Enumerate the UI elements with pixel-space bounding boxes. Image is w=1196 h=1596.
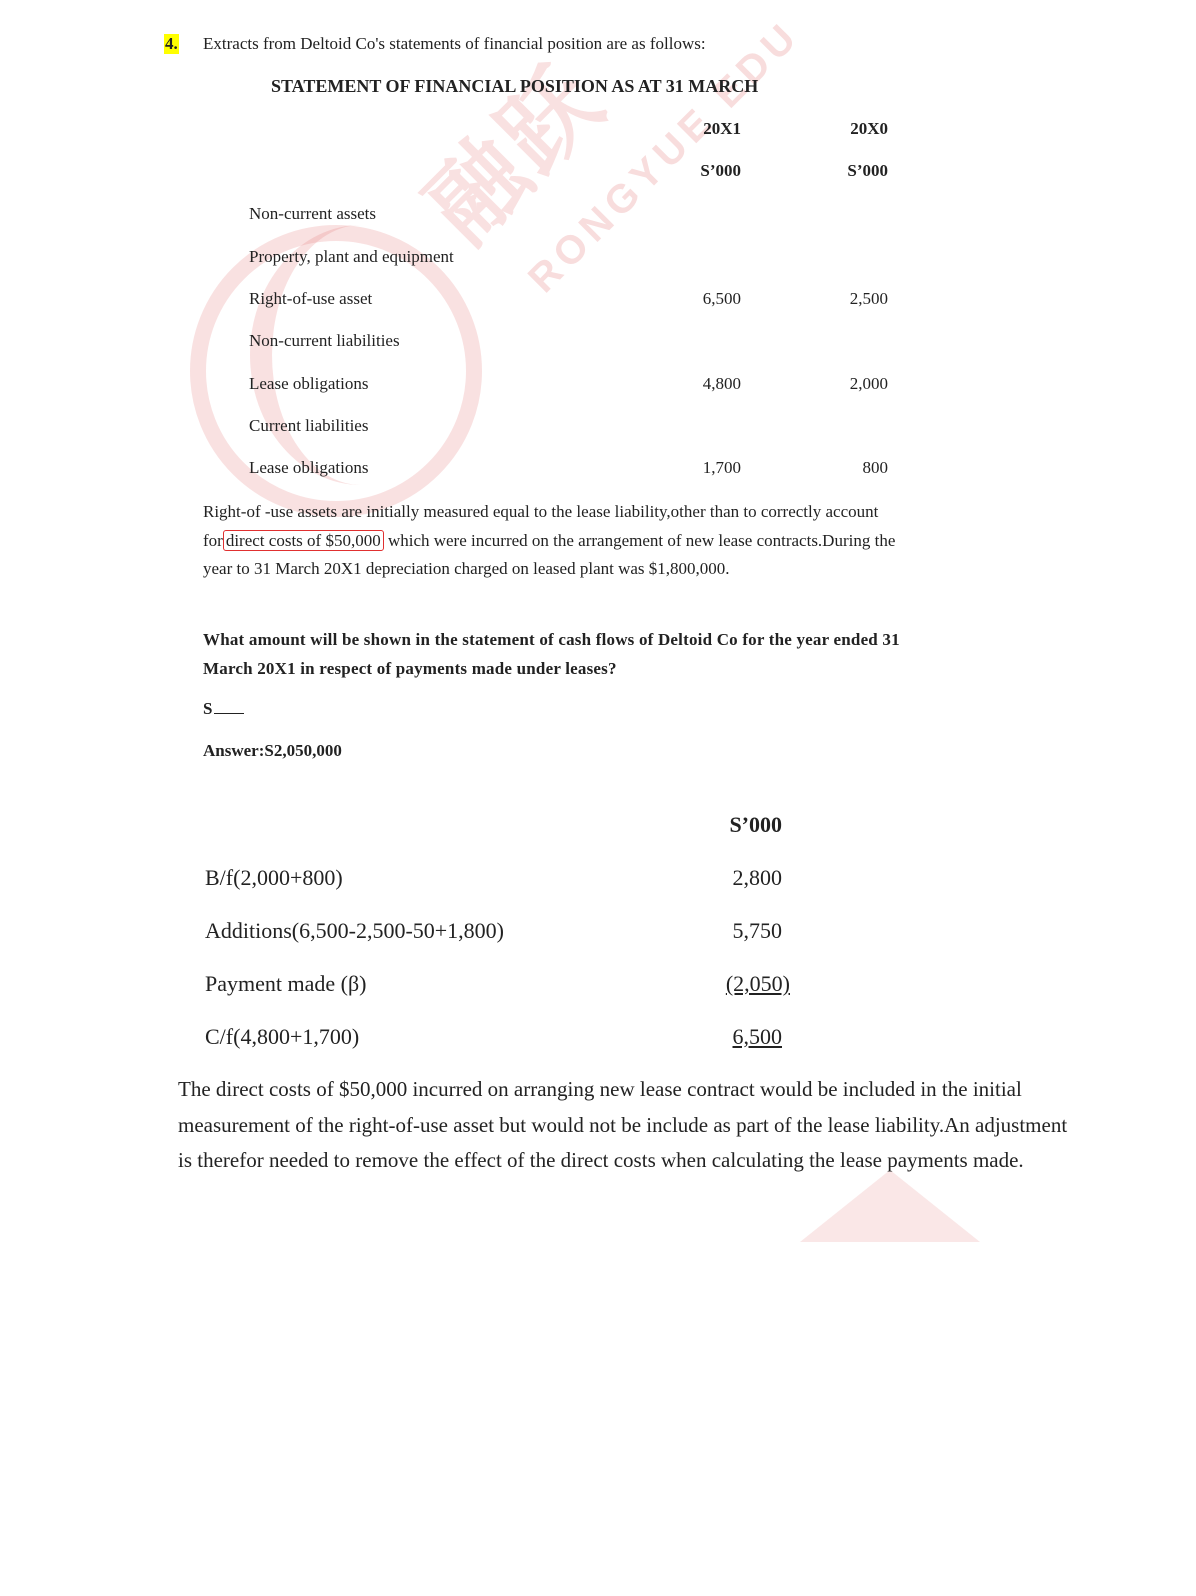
column-unit-20x0: S’000 <box>808 161 888 181</box>
row-label: Lease obligations <box>249 374 368 394</box>
row-value-20x0: 2,000 <box>808 374 888 394</box>
row-value-20x0: 800 <box>808 458 888 478</box>
blank-line <box>214 713 244 714</box>
working-row-value: 6,500 <box>682 1024 782 1050</box>
question-number: 4. <box>164 34 179 54</box>
explanation-paragraph: The direct costs of $50,000 incurred on … <box>178 1072 1078 1179</box>
row-value-20x1: 6,500 <box>661 289 741 309</box>
watermark-text: RONGYUE EDU <box>520 13 809 302</box>
answer-blank: S <box>203 699 244 719</box>
blank-prefix: S <box>203 699 212 718</box>
question-narrative: Right-of -use assets are initially measu… <box>203 498 923 584</box>
working-row-label: C/f(4,800+1,700) <box>205 1024 359 1050</box>
working-unit-header: S’000 <box>682 812 782 838</box>
row-label: Property, plant and equipment <box>249 247 454 267</box>
column-year-20x1: 20X1 <box>661 119 741 139</box>
row-label: Non-current assets <box>249 204 376 224</box>
answer-text: Answer:S2,050,000 <box>203 741 342 761</box>
row-label: Right-of-use asset <box>249 289 372 309</box>
column-unit-20x1: S’000 <box>661 161 741 181</box>
row-label: Non-current liabilities <box>249 331 400 351</box>
question-prompt: What amount will be shown in the stateme… <box>203 626 933 683</box>
row-value-20x0: 2,500 <box>808 289 888 309</box>
row-label: Lease obligations <box>249 458 368 478</box>
working-row-label: Additions(6,500-2,500-50+1,800) <box>205 918 504 944</box>
working-row-value: (2,050) <box>690 971 790 997</box>
working-row-label: Payment made (β) <box>205 971 366 997</box>
working-row-value: 2,800 <box>682 865 782 891</box>
row-label: Current liabilities <box>249 416 368 436</box>
watermark-logo-fragment <box>800 1170 980 1242</box>
highlighted-direct-costs: direct costs of $50,000 <box>223 530 384 551</box>
column-year-20x0: 20X0 <box>808 119 888 139</box>
question-intro: Extracts from Deltoid Co's statements of… <box>203 34 706 54</box>
working-row-value: 5,750 <box>682 918 782 944</box>
statement-title: STATEMENT OF FINANCIAL POSITION AS AT 31… <box>271 76 758 97</box>
row-value-20x1: 1,700 <box>661 458 741 478</box>
watermark-chinese-text: 融跃 <box>391 29 629 267</box>
working-row-label: B/f(2,000+800) <box>205 865 343 891</box>
row-value-20x1: 4,800 <box>661 374 741 394</box>
